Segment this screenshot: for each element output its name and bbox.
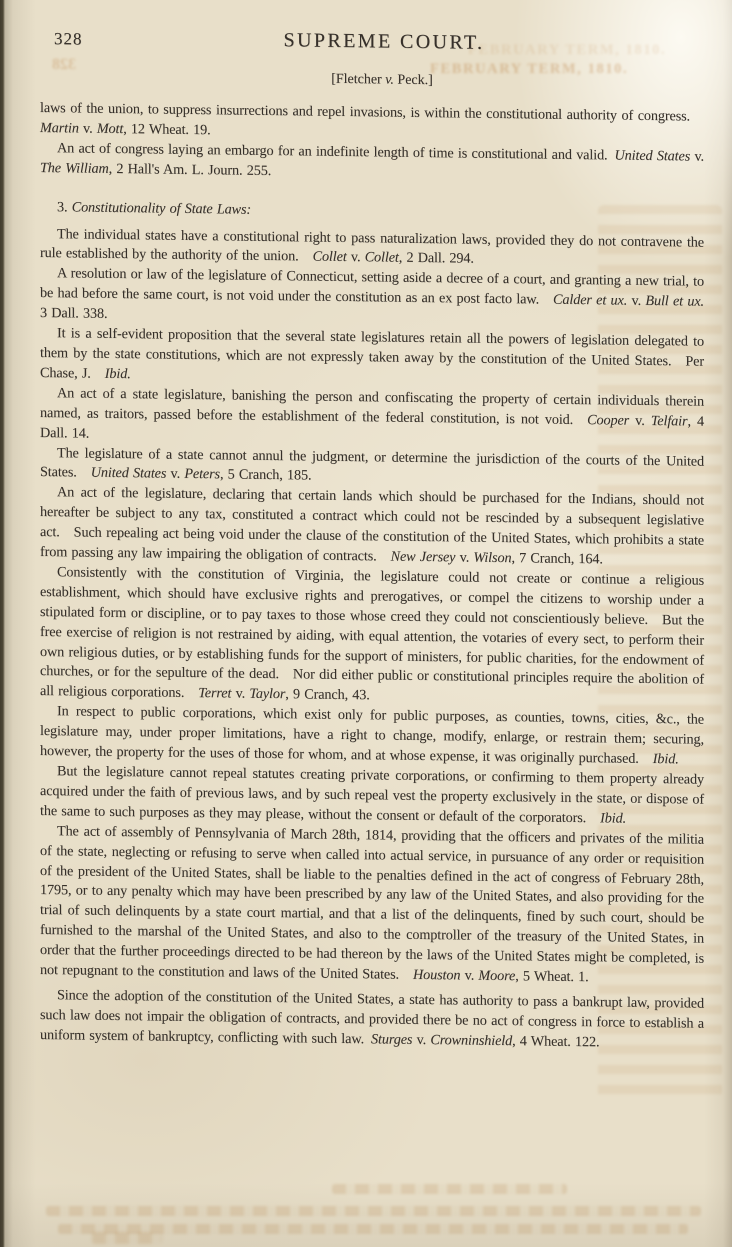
italic-text: Telfair [651, 413, 688, 429]
text: , 2 Hall's Am. L. Journ. 255. [109, 161, 272, 179]
text: Consistently with the constitution of Vi… [40, 564, 704, 701]
paragraph: In respect to public corporations, which… [40, 702, 704, 770]
text: , 5 Cranch, 185. [220, 467, 311, 484]
running-header: [Fletcher v. Peck.] [40, 68, 704, 93]
text: In respect to public corporations, which… [40, 704, 704, 768]
italic-text: Collet [313, 249, 347, 265]
text: v. [627, 293, 645, 309]
italic-text: Moore [478, 968, 515, 984]
italic-text: United States [615, 147, 691, 164]
italic-text: United States [91, 465, 167, 482]
paragraph: But the legislature cannot repeal statut… [40, 762, 704, 830]
text: v. [455, 549, 473, 565]
italic-text: Collet [365, 250, 399, 266]
italic-text: Calder et ux. [553, 292, 627, 309]
text: v. [412, 1032, 430, 1048]
italic-text: New Jersey [391, 549, 456, 566]
italic-text: Mott [97, 121, 123, 137]
italic-text: Crowninshield [430, 1032, 512, 1049]
book-page: FEBRUARY TERM, 1810. FEBRUARY TERM, 1810… [0, 0, 732, 1247]
paragraph: It is a self-evident proposition that th… [40, 324, 704, 392]
text: , 5 Wheat. 1. [515, 968, 588, 985]
text: v. [347, 249, 365, 265]
italic-text: Martin [40, 120, 79, 137]
italic-text: The William [40, 160, 109, 177]
paragraph: An act of the legislature, declaring tha… [40, 483, 704, 571]
text: , 4 Wheat. 122. [512, 1033, 599, 1050]
page-content: 328 SUPREME COURT. [Fletcher v. Peck.] l… [40, 22, 704, 1054]
paragraph: An act of a state legislature, banishing… [40, 384, 704, 452]
running-header-post: Peck.] [394, 73, 433, 89]
bleedthrough-smudge [46, 1206, 701, 1216]
text: v. [629, 412, 651, 428]
masthead: 328 SUPREME COURT. [40, 22, 704, 71]
text: The act of assembly of Pennsylvania of M… [40, 823, 704, 983]
page-number: 328 [54, 29, 83, 49]
italic-text: Cooper [587, 412, 629, 429]
text: 3 Dall. 338. [40, 305, 107, 322]
italic-text: Peters [184, 466, 220, 482]
italic-text: Houston [413, 967, 460, 984]
text: v. [79, 120, 97, 136]
running-header-pre: [Fletcher [331, 72, 385, 88]
text: An act of the legislature, declaring tha… [40, 485, 704, 565]
text: v. [166, 466, 184, 482]
text: , 2 Dall. 294. [399, 250, 474, 267]
section-heading: 3. Constitutionality of State Laws: [40, 198, 704, 227]
italic-text: Taylor [249, 686, 285, 702]
italic-text: Ibid. [653, 751, 679, 767]
paragraph: An act of congress laying an embargo for… [40, 139, 704, 188]
text: 3. [57, 199, 72, 215]
bleedthrough-smudge [58, 1224, 688, 1234]
text: It is a self-evident proposition that th… [40, 325, 704, 381]
running-header-v: v. [385, 73, 394, 88]
bleedthrough-smudge [92, 1232, 162, 1244]
italic-text: Bull et ux. [645, 293, 704, 310]
text: , 12 Wheat. 19. [123, 121, 210, 138]
paragraph: The act of assembly of Pennsylvania of M… [40, 822, 704, 990]
italic-text: Sturges [371, 1031, 412, 1048]
italic-text: Ibid. [600, 810, 626, 826]
italic-text: Constitutionality of State Laws: [72, 199, 251, 217]
text: , 9 Cranch, 43. [285, 687, 369, 704]
paragraph: Since the adoption of the constitution o… [40, 986, 704, 1054]
text: v. [231, 686, 249, 702]
text: , 7 Cranch, 164. [511, 550, 602, 567]
italic-text: Wilson [473, 550, 511, 566]
paragraph: Consistently with the constitution of Vi… [40, 563, 704, 711]
body-text: laws of the union, to suppress insurrect… [40, 99, 704, 1054]
italic-text: Terret [198, 685, 231, 701]
text: v. [460, 968, 478, 984]
italic-text: Ibid. [105, 366, 131, 382]
text: v. [690, 148, 704, 164]
page-title: SUPREME COURT. [40, 22, 704, 58]
bleedthrough-smudge [332, 1184, 567, 1194]
paragraph: A resolution or law of the legislature o… [40, 264, 704, 332]
